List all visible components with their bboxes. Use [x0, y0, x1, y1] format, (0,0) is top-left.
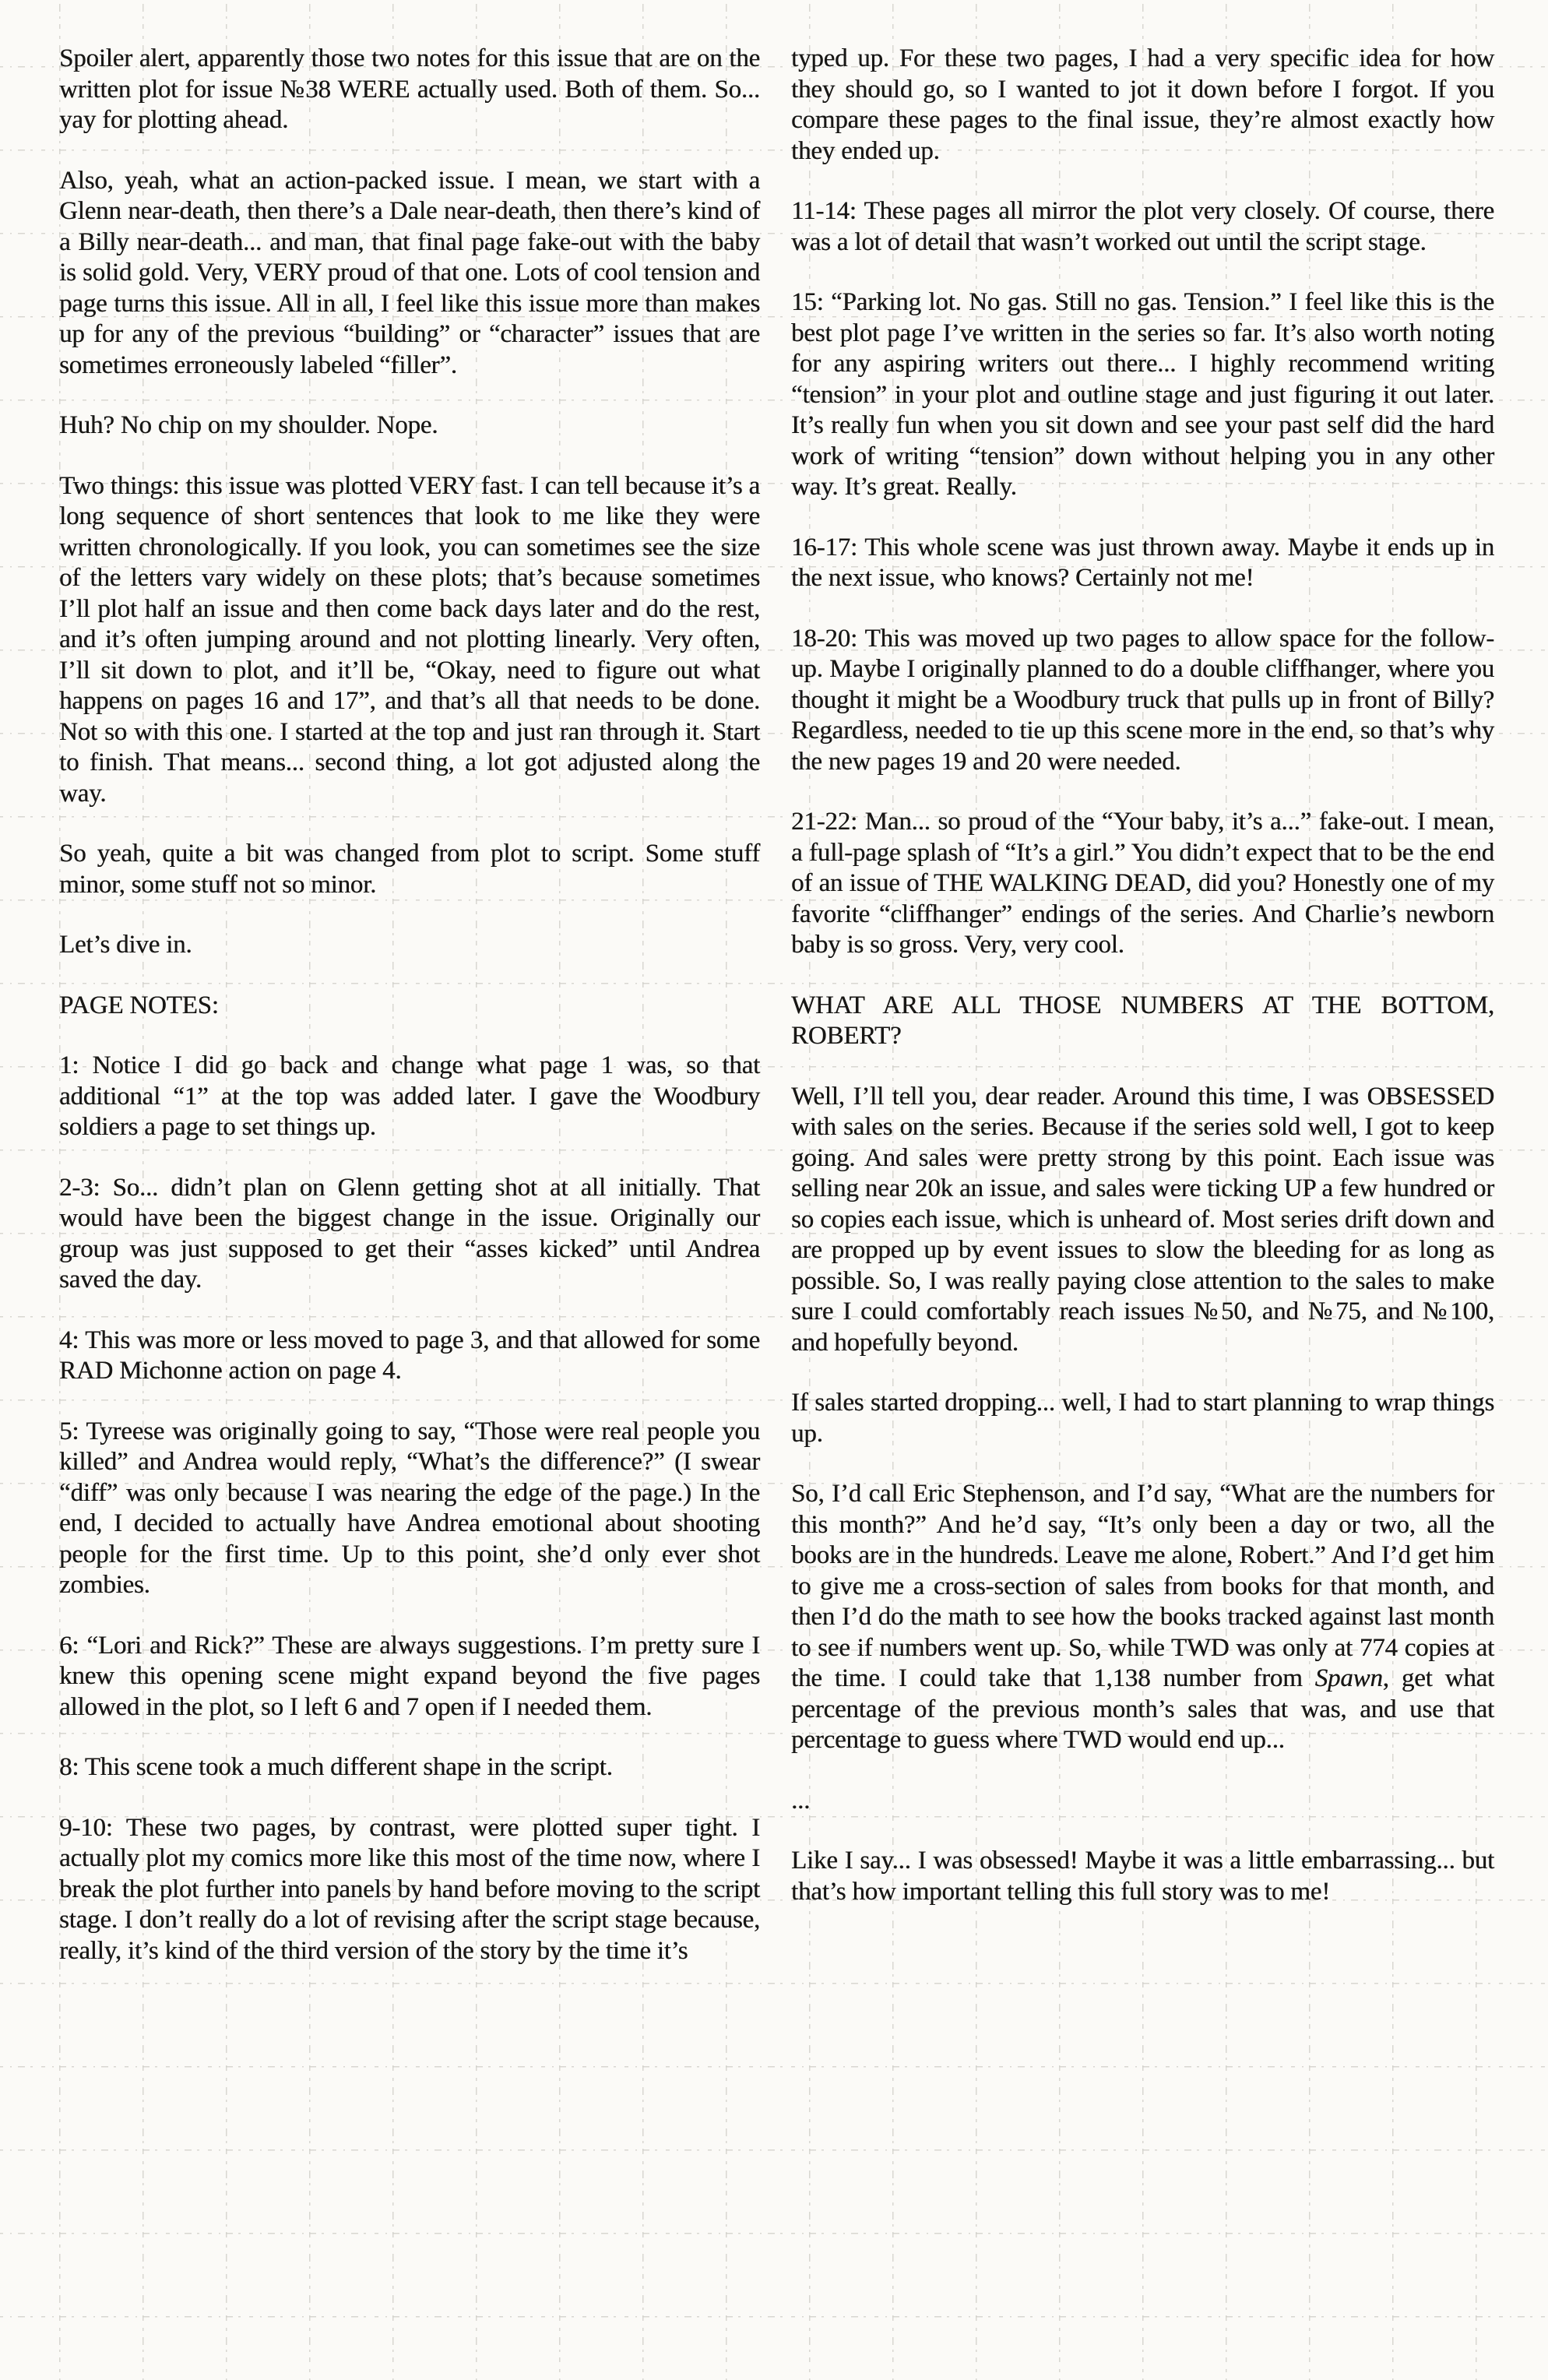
- page-note-16-17: 16-17: This whole scene was just thrown …: [791, 533, 1494, 594]
- section-heading-page-notes: PAGE NOTES:: [59, 991, 760, 1022]
- page-note-4: 4: This was more or less moved to page 3…: [59, 1326, 760, 1387]
- right-column: typed up. For these two pages, I had a v…: [791, 44, 1494, 1907]
- paragraph: So yeah, quite a bit was changed from pl…: [59, 839, 760, 900]
- paragraph: Huh? No chip on my shoulder. Nope.: [59, 410, 760, 442]
- page-note-1: 1: Notice I did go back and change what …: [59, 1051, 760, 1143]
- paragraph: So, I’d call Eric Stephenson, and I’d sa…: [791, 1479, 1494, 1756]
- page-note-21-22: 21-22: Man... so proud of the “Your baby…: [791, 807, 1494, 961]
- page-note-18-20: 18-20: This was moved up two pages to al…: [791, 624, 1494, 778]
- paragraph: Also, yeah, what an action-packed issue.…: [59, 166, 760, 382]
- paragraph: Let’s dive in.: [59, 930, 760, 961]
- page-note-15: 15: “Parking lot. No gas. Still no gas. …: [791, 287, 1494, 503]
- paragraph: Spoiler alert, apparently those two note…: [59, 44, 760, 136]
- ellipsis-paragraph: ...: [791, 1786, 1494, 1817]
- paragraph: If sales started dropping... well, I had…: [791, 1388, 1494, 1449]
- page-note-6: 6: “Lori and Rick?” These are always sug…: [59, 1631, 760, 1723]
- book-page: Spoiler alert, apparently those two note…: [0, 0, 1548, 2380]
- page-note-5: 5: Tyreese was originally going to say, …: [59, 1417, 760, 1601]
- page-note-11-14: 11-14: These pages all mirror the plot v…: [791, 196, 1494, 258]
- section-heading-numbers-question: WHAT ARE ALL THOSE NUMBERS AT THE BOTTOM…: [791, 991, 1494, 1052]
- paragraph: Two things: this issue was plotted VERY …: [59, 471, 760, 810]
- paragraph-text: So, I’d call Eric Stephenson, and I’d sa…: [791, 1480, 1494, 1692]
- page-note-8: 8: This scene took a much different shap…: [59, 1752, 760, 1783]
- paragraph: Like I say... I was obsessed! Maybe it w…: [791, 1846, 1494, 1907]
- page-note-9-10: 9-10: These two pages, by contrast, were…: [59, 1813, 760, 1967]
- left-column: Spoiler alert, apparently those two note…: [59, 44, 760, 1966]
- paragraph-continuation: typed up. For these two pages, I had a v…: [791, 44, 1494, 167]
- italic-spawn-title: Spawn: [1315, 1664, 1383, 1692]
- paragraph: Well, I’ll tell you, dear reader. Around…: [791, 1082, 1494, 1359]
- page-note-2-3: 2-3: So... didn’t plan on Glenn getting …: [59, 1173, 760, 1296]
